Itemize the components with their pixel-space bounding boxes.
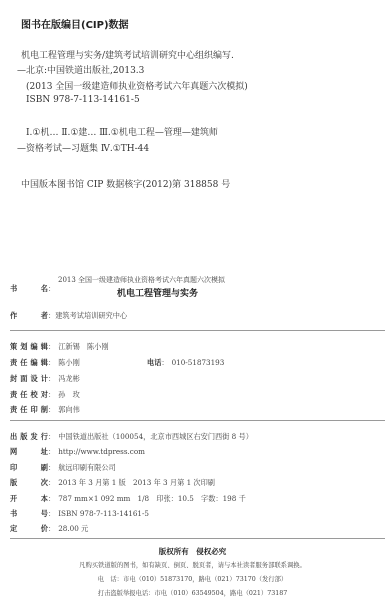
pub-row: 书 号：ISBN 978-7-113-14161-5 xyxy=(10,509,149,519)
pub-label: 印 刷 xyxy=(10,463,48,473)
colon: ： xyxy=(48,390,55,400)
pub-label: 定 价 xyxy=(10,524,48,534)
pub-label: 版 次 xyxy=(10,478,48,488)
phone-value: 010-51873193 xyxy=(172,358,225,367)
pub-value: 2013 年 3 月第 1 版 2013 年 3 月第 1 次印刷 xyxy=(58,478,215,488)
colon: ： xyxy=(48,463,55,473)
staff-row: 策划编辑：江新锡 陈小刚 xyxy=(10,342,109,352)
pub-row: 定 价：28.00 元 xyxy=(10,524,88,534)
colon: ： xyxy=(48,447,55,457)
cip-heading: 图书在版编目(CIP)数据 xyxy=(21,16,129,31)
pub-value: 中国铁道出版社（100054，北京市西城区右安门西街 8 号） xyxy=(58,432,253,442)
pub-row: 网 址：http://www.tdpress.com xyxy=(10,447,145,457)
cip-classification: —资格考试—习题集 Ⅳ.①TH-44 xyxy=(17,141,149,154)
cip-line: 机电工程管理与实务/建筑考试培训研究中心组织编写. xyxy=(21,48,234,61)
phone-label: 电话 xyxy=(147,358,161,368)
pub-label: 开 本 xyxy=(10,494,48,504)
staff-value: 江新锡 陈小刚 xyxy=(58,342,108,352)
colon: ： xyxy=(48,509,55,519)
staff-label: 策划编辑 xyxy=(10,342,48,352)
author-name: 建筑考试培训研究中心 xyxy=(55,311,127,320)
phone-row: 电话：010-51873193 xyxy=(147,358,224,368)
staff-label: 责任印制 xyxy=(10,405,48,415)
book-series: 2013 全国一级建造师执业资格考试六年真题六次模拟 xyxy=(58,275,225,285)
pub-row: 版 次：2013 年 3 月第 1 版 2013 年 3 月第 1 次印刷 xyxy=(10,478,215,488)
cip-line: (2013 全国一级建造师执业资格考试六年真题六次模拟) xyxy=(26,79,248,92)
pub-label: 网 址 xyxy=(10,447,48,457)
colon: ： xyxy=(48,494,55,504)
footer-line: 打击盗版举报电话：市电（010）63549504，路电（021）73187 xyxy=(0,588,385,597)
copyright-notice: 版权所有 侵权必究 xyxy=(0,546,385,557)
colon: ： xyxy=(48,284,55,294)
staff-value: 孙 玫 xyxy=(58,390,80,400)
book-title: 机电工程管理与实务 xyxy=(117,286,198,299)
pub-value: 航远印刷有限公司 xyxy=(58,463,116,473)
pub-value: 28.00 元 xyxy=(58,524,88,534)
staff-label: 责任校对 xyxy=(10,390,48,400)
colon: ： xyxy=(48,358,55,368)
colon: ： xyxy=(48,342,55,352)
pub-label: 书 号 xyxy=(10,509,48,519)
colon: ： xyxy=(48,478,55,488)
book-title-label: 书 名 xyxy=(10,284,48,294)
staff-row: 责任印制：郭向伟 xyxy=(10,405,80,415)
cip-classification: Ⅰ.①机… Ⅱ.①建… Ⅲ.①机电工程—管理—建筑师 xyxy=(26,125,218,138)
pub-value: 787 mm×1 092 mm 1/8 印张：10.5 字数：198 千 xyxy=(58,494,246,504)
pub-row: 开 本：787 mm×1 092 mm 1/8 印张：10.5 字数：198 千 xyxy=(10,494,246,504)
divider xyxy=(10,420,385,421)
website-link[interactable]: http://www.tdpress.com xyxy=(58,447,145,456)
cip-catalog-number: 中国版本图书馆 CIP 数据核字(2012)第 318858 号 xyxy=(21,177,230,190)
pub-row: 出版发行：中国铁道出版社（100054，北京市西城区右安门西街 8 号） xyxy=(10,432,253,442)
staff-label: 责任编辑 xyxy=(10,358,48,368)
colon: ： xyxy=(48,374,55,384)
pub-row: 印 刷：航远印刷有限公司 xyxy=(10,463,116,473)
staff-value: 陈小刚 xyxy=(58,358,80,368)
cip-line: ISBN 978-7-113-14161-5 xyxy=(26,95,140,105)
pub-value: ISBN 978-7-113-14161-5 xyxy=(58,509,149,518)
staff-value: 冯龙彬 xyxy=(58,374,80,384)
divider xyxy=(10,538,385,539)
staff-label: 封面设计 xyxy=(10,374,48,384)
staff-value: 郭向伟 xyxy=(58,405,80,415)
colon: ： xyxy=(161,358,168,368)
staff-row: 封面设计：冯龙彬 xyxy=(10,374,80,384)
author-value: ：建筑考试培训研究中心 xyxy=(48,311,127,321)
cip-line: —北京:中国铁道出版社,2013.3 xyxy=(17,63,144,76)
divider xyxy=(10,330,385,331)
footer-line: 凡购买铁道版的图书，如有缺页、倒页、脱页者，请与本社读者服务部联系调换。 xyxy=(0,560,385,569)
footer-line: 电 话：市电（010）51873170，路电（021）73170（发行部） xyxy=(0,574,385,583)
colon: ： xyxy=(48,405,55,415)
colon: ： xyxy=(48,432,55,442)
colon: ： xyxy=(48,524,55,534)
staff-row: 责任校对：孙 玫 xyxy=(10,390,80,400)
author-label: 作 者 xyxy=(10,311,48,321)
staff-row: 责任编辑：陈小刚 xyxy=(10,358,80,368)
pub-label: 出版发行 xyxy=(10,432,48,442)
